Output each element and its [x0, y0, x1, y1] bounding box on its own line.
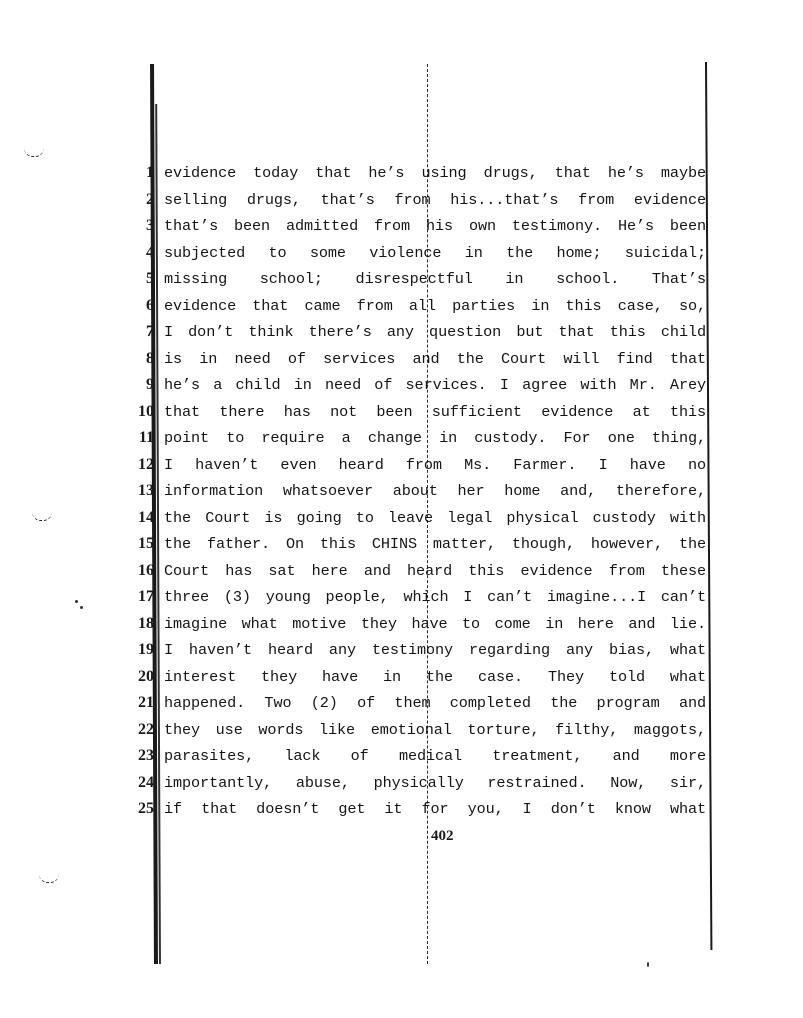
transcript-line: the Court is going to leave legal physic…: [164, 505, 706, 532]
line-number: 12: [128, 452, 154, 479]
line-number: 9: [128, 372, 154, 399]
line-number: 1: [128, 160, 154, 187]
transcript-line: missing school; disrespectful in school.…: [164, 266, 706, 293]
transcript-line: parasites, lack of medical treatment, an…: [164, 743, 706, 770]
transcript-line: subjected to some violence in the home; …: [164, 240, 706, 267]
line-number: 15: [128, 531, 154, 558]
transcript-text: evidence today that he’s using drugs, th…: [164, 160, 706, 823]
transcript-line: they use words like emotional torture, f…: [164, 717, 706, 744]
line-number: 7: [128, 319, 154, 346]
line-number: 10: [128, 399, 154, 426]
line-number: 8: [128, 346, 154, 373]
transcript-line: the father. On this CHINS matter, though…: [164, 531, 706, 558]
page-number: 402: [431, 828, 454, 845]
transcript-line: three (3) young people, which I can’t im…: [164, 584, 706, 611]
line-number: 2: [128, 187, 154, 214]
transcript-line: imagine what motive they have to come in…: [164, 611, 706, 638]
transcript-line: I haven’t even heard from Ms. Farmer. I …: [164, 452, 706, 479]
line-number: 17: [128, 584, 154, 611]
line-number: 20: [128, 664, 154, 691]
line-number: 5: [128, 266, 154, 293]
line-number: 19: [128, 637, 154, 664]
transcript-line: evidence today that he’s using drugs, th…: [164, 160, 706, 187]
line-number: 13: [128, 478, 154, 505]
transcript-line: that there has not been sufficient evide…: [164, 399, 706, 426]
line-number: 18: [128, 611, 154, 638]
scan-speck: [647, 962, 649, 967]
transcript-line: evidence that came from all parties in t…: [164, 293, 706, 320]
punch-hole-mark-middle: [32, 512, 52, 521]
line-number: 6: [128, 293, 154, 320]
transcript-line: selling drugs, that’s from his...that’s …: [164, 187, 706, 214]
transcript-line: Court has sat here and heard this eviden…: [164, 558, 706, 585]
line-number: 16: [128, 558, 154, 585]
line-number: 24: [128, 770, 154, 797]
transcript-line: that’s been admitted from his own testim…: [164, 213, 706, 240]
line-number: 3: [128, 213, 154, 240]
line-number: 23: [128, 743, 154, 770]
transcript-page: 1234567891011121314151617181920212223242…: [0, 0, 803, 1018]
transcript-line: importantly, abuse, physically restraine…: [164, 770, 706, 797]
transcript-line: if that doesn’t get it for you, I don’t …: [164, 796, 706, 823]
line-number: 11: [128, 425, 154, 452]
transcript-line: point to require a change in custody. Fo…: [164, 425, 706, 452]
scan-speck: [75, 600, 78, 603]
transcript-line: he’s a child in need of services. I agre…: [164, 372, 706, 399]
line-number: 25: [128, 796, 154, 823]
transcript-line: I don’t think there’s any question but t…: [164, 319, 706, 346]
scan-speck: [80, 606, 83, 609]
line-number: 4: [128, 240, 154, 267]
transcript-line: I haven’t heard any testimony regarding …: [164, 637, 706, 664]
transcript-line: happened. Two (2) of them completed the …: [164, 690, 706, 717]
punch-hole-mark-bottom: [39, 874, 59, 883]
line-number: 14: [128, 505, 154, 532]
right-margin-rule: [705, 62, 712, 950]
line-number: 21: [128, 690, 154, 717]
transcript-line: is in need of services and the Court wil…: [164, 346, 706, 373]
line-numbers: 1234567891011121314151617181920212223242…: [128, 160, 154, 823]
punch-hole-mark-top: [24, 148, 44, 157]
transcript-line: interest they have in the case. They tol…: [164, 664, 706, 691]
transcript-line: information whatsoever about her home an…: [164, 478, 706, 505]
line-number: 22: [128, 717, 154, 744]
